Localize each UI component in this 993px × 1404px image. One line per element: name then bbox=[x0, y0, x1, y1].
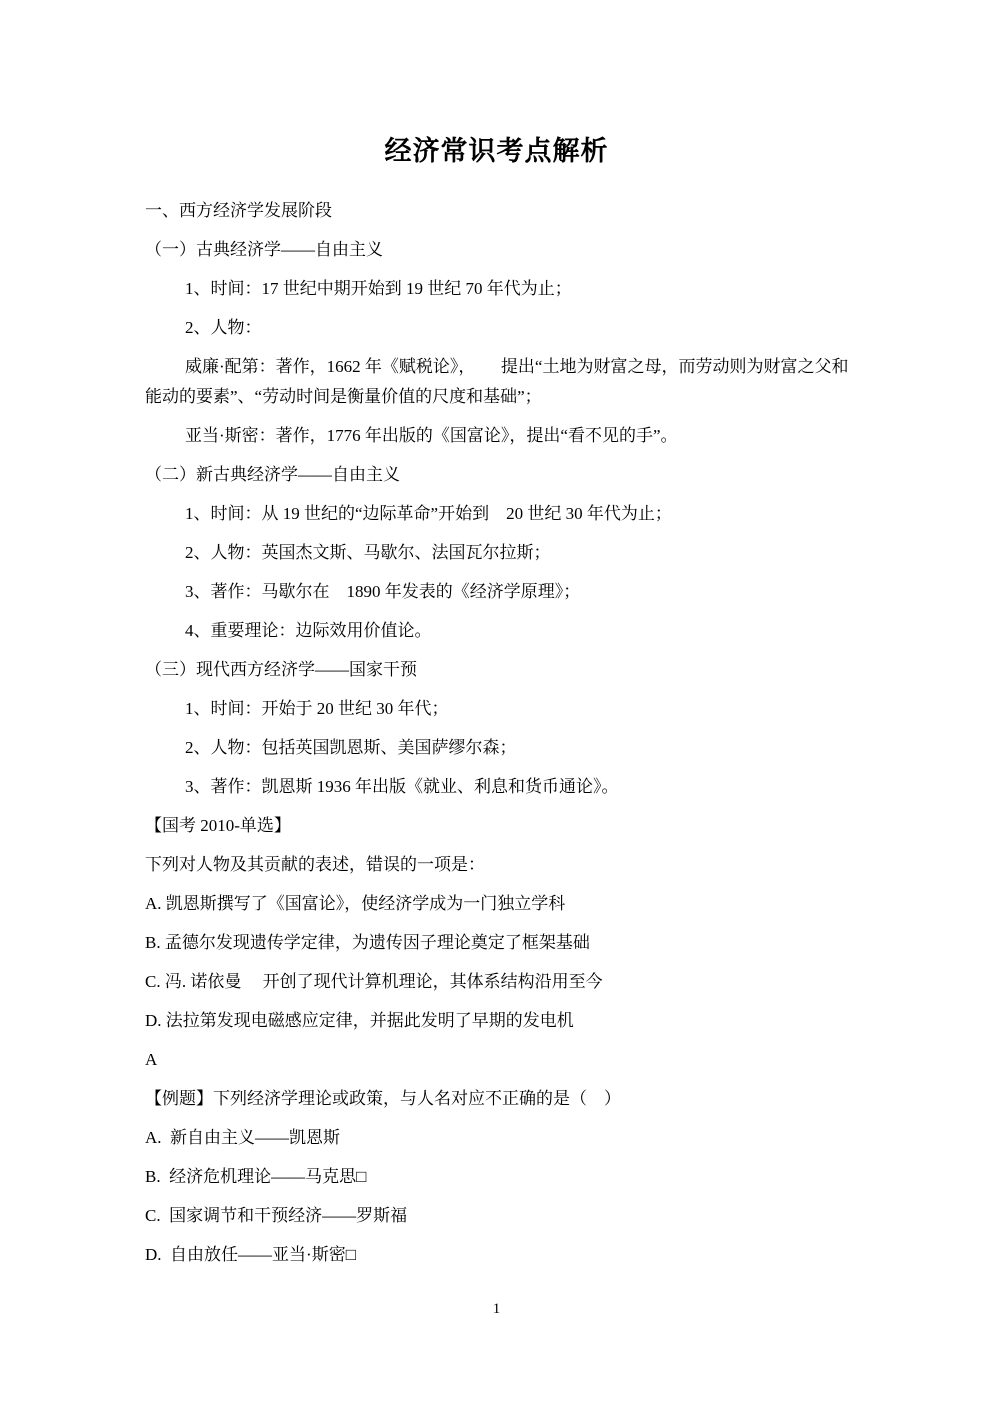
heading-modern-economics: （三）现代西方经济学——国家干预 bbox=[145, 655, 860, 685]
option-c-guokao: C. 冯. 诺依曼 开创了现代计算机理论，其体系结构沿用至今 bbox=[145, 967, 860, 997]
document-page: 经济常识考点解析 一、西方经济学发展阶段 （一）古典经济学——自由主义 1、时间… bbox=[0, 0, 993, 1404]
label-exam-guokao-2010: 【国考 2010-单选】 bbox=[145, 811, 860, 841]
item-neoclassical-theory: 4、重要理论：边际效用价值论。 bbox=[145, 616, 860, 646]
item-neoclassical-works: 3、著作：马歇尔在 1890 年发表的《经济学原理》； bbox=[145, 577, 860, 607]
heading-section-one: 一、西方经济学发展阶段 bbox=[145, 196, 860, 226]
heading-neoclassical-economics: （二）新古典经济学——自由主义 bbox=[145, 460, 860, 490]
para-william-petty: 威廉·配第：著作，1662 年《赋税论》， 提出“土地为财富之母，而劳动则为财富… bbox=[145, 352, 860, 412]
item-modern-people: 2、人物：包括英国凯恩斯、美国萨缪尔森； bbox=[145, 733, 860, 763]
item-classical-time: 1、时间：17 世纪中期开始到 19 世纪 70 年代为止； bbox=[145, 274, 860, 304]
document-title: 经济常识考点解析 bbox=[0, 134, 993, 168]
answer-guokao: A bbox=[145, 1045, 860, 1075]
item-neoclassical-people: 2、人物：英国杰文斯、马歇尔、法国瓦尔拉斯； bbox=[145, 538, 860, 568]
option-c-example: C. 国家调节和干预经济——罗斯福 bbox=[145, 1201, 860, 1231]
option-d-guokao: D. 法拉第发现电磁感应定律，并据此发明了早期的发电机 bbox=[145, 1006, 860, 1036]
item-classical-people: 2、人物： bbox=[145, 313, 860, 343]
document-body: 一、西方经济学发展阶段 （一）古典经济学——自由主义 1、时间：17 世纪中期开… bbox=[145, 196, 860, 1279]
question-stem-example: 【例题】下列经济学理论或政策，与人名对应不正确的是（ ） bbox=[145, 1084, 860, 1114]
question-stem-guokao: 下列对人物及其贡献的表述，错误的一项是： bbox=[145, 850, 860, 880]
item-modern-works: 3、著作：凯恩斯 1936 年出版《就业、利息和货币通论》。 bbox=[145, 772, 860, 802]
option-b-guokao: B. 孟德尔发现遗传学定律，为遗传因子理论奠定了框架基础 bbox=[145, 928, 860, 958]
option-d-example: D. 自由放任——亚当·斯密□ bbox=[145, 1240, 860, 1270]
option-b-example: B. 经济危机理论——马克思□ bbox=[145, 1162, 860, 1192]
para-adam-smith: 亚当·斯密：著作，1776 年出版的《国富论》，提出“看不见的手”。 bbox=[145, 421, 860, 451]
option-a-example: A. 新自由主义——凯恩斯 bbox=[145, 1123, 860, 1153]
option-a-guokao: A. 凯恩斯撰写了《国富论》，使经济学成为一门独立学科 bbox=[145, 889, 860, 919]
item-neoclassical-time: 1、时间：从 19 世纪的“边际革命”开始到 20 世纪 30 年代为止； bbox=[145, 499, 860, 529]
item-modern-time: 1、时间：开始于 20 世纪 30 年代； bbox=[145, 694, 860, 724]
heading-classical-economics: （一）古典经济学——自由主义 bbox=[145, 235, 860, 265]
page-number: 1 bbox=[0, 1298, 993, 1320]
